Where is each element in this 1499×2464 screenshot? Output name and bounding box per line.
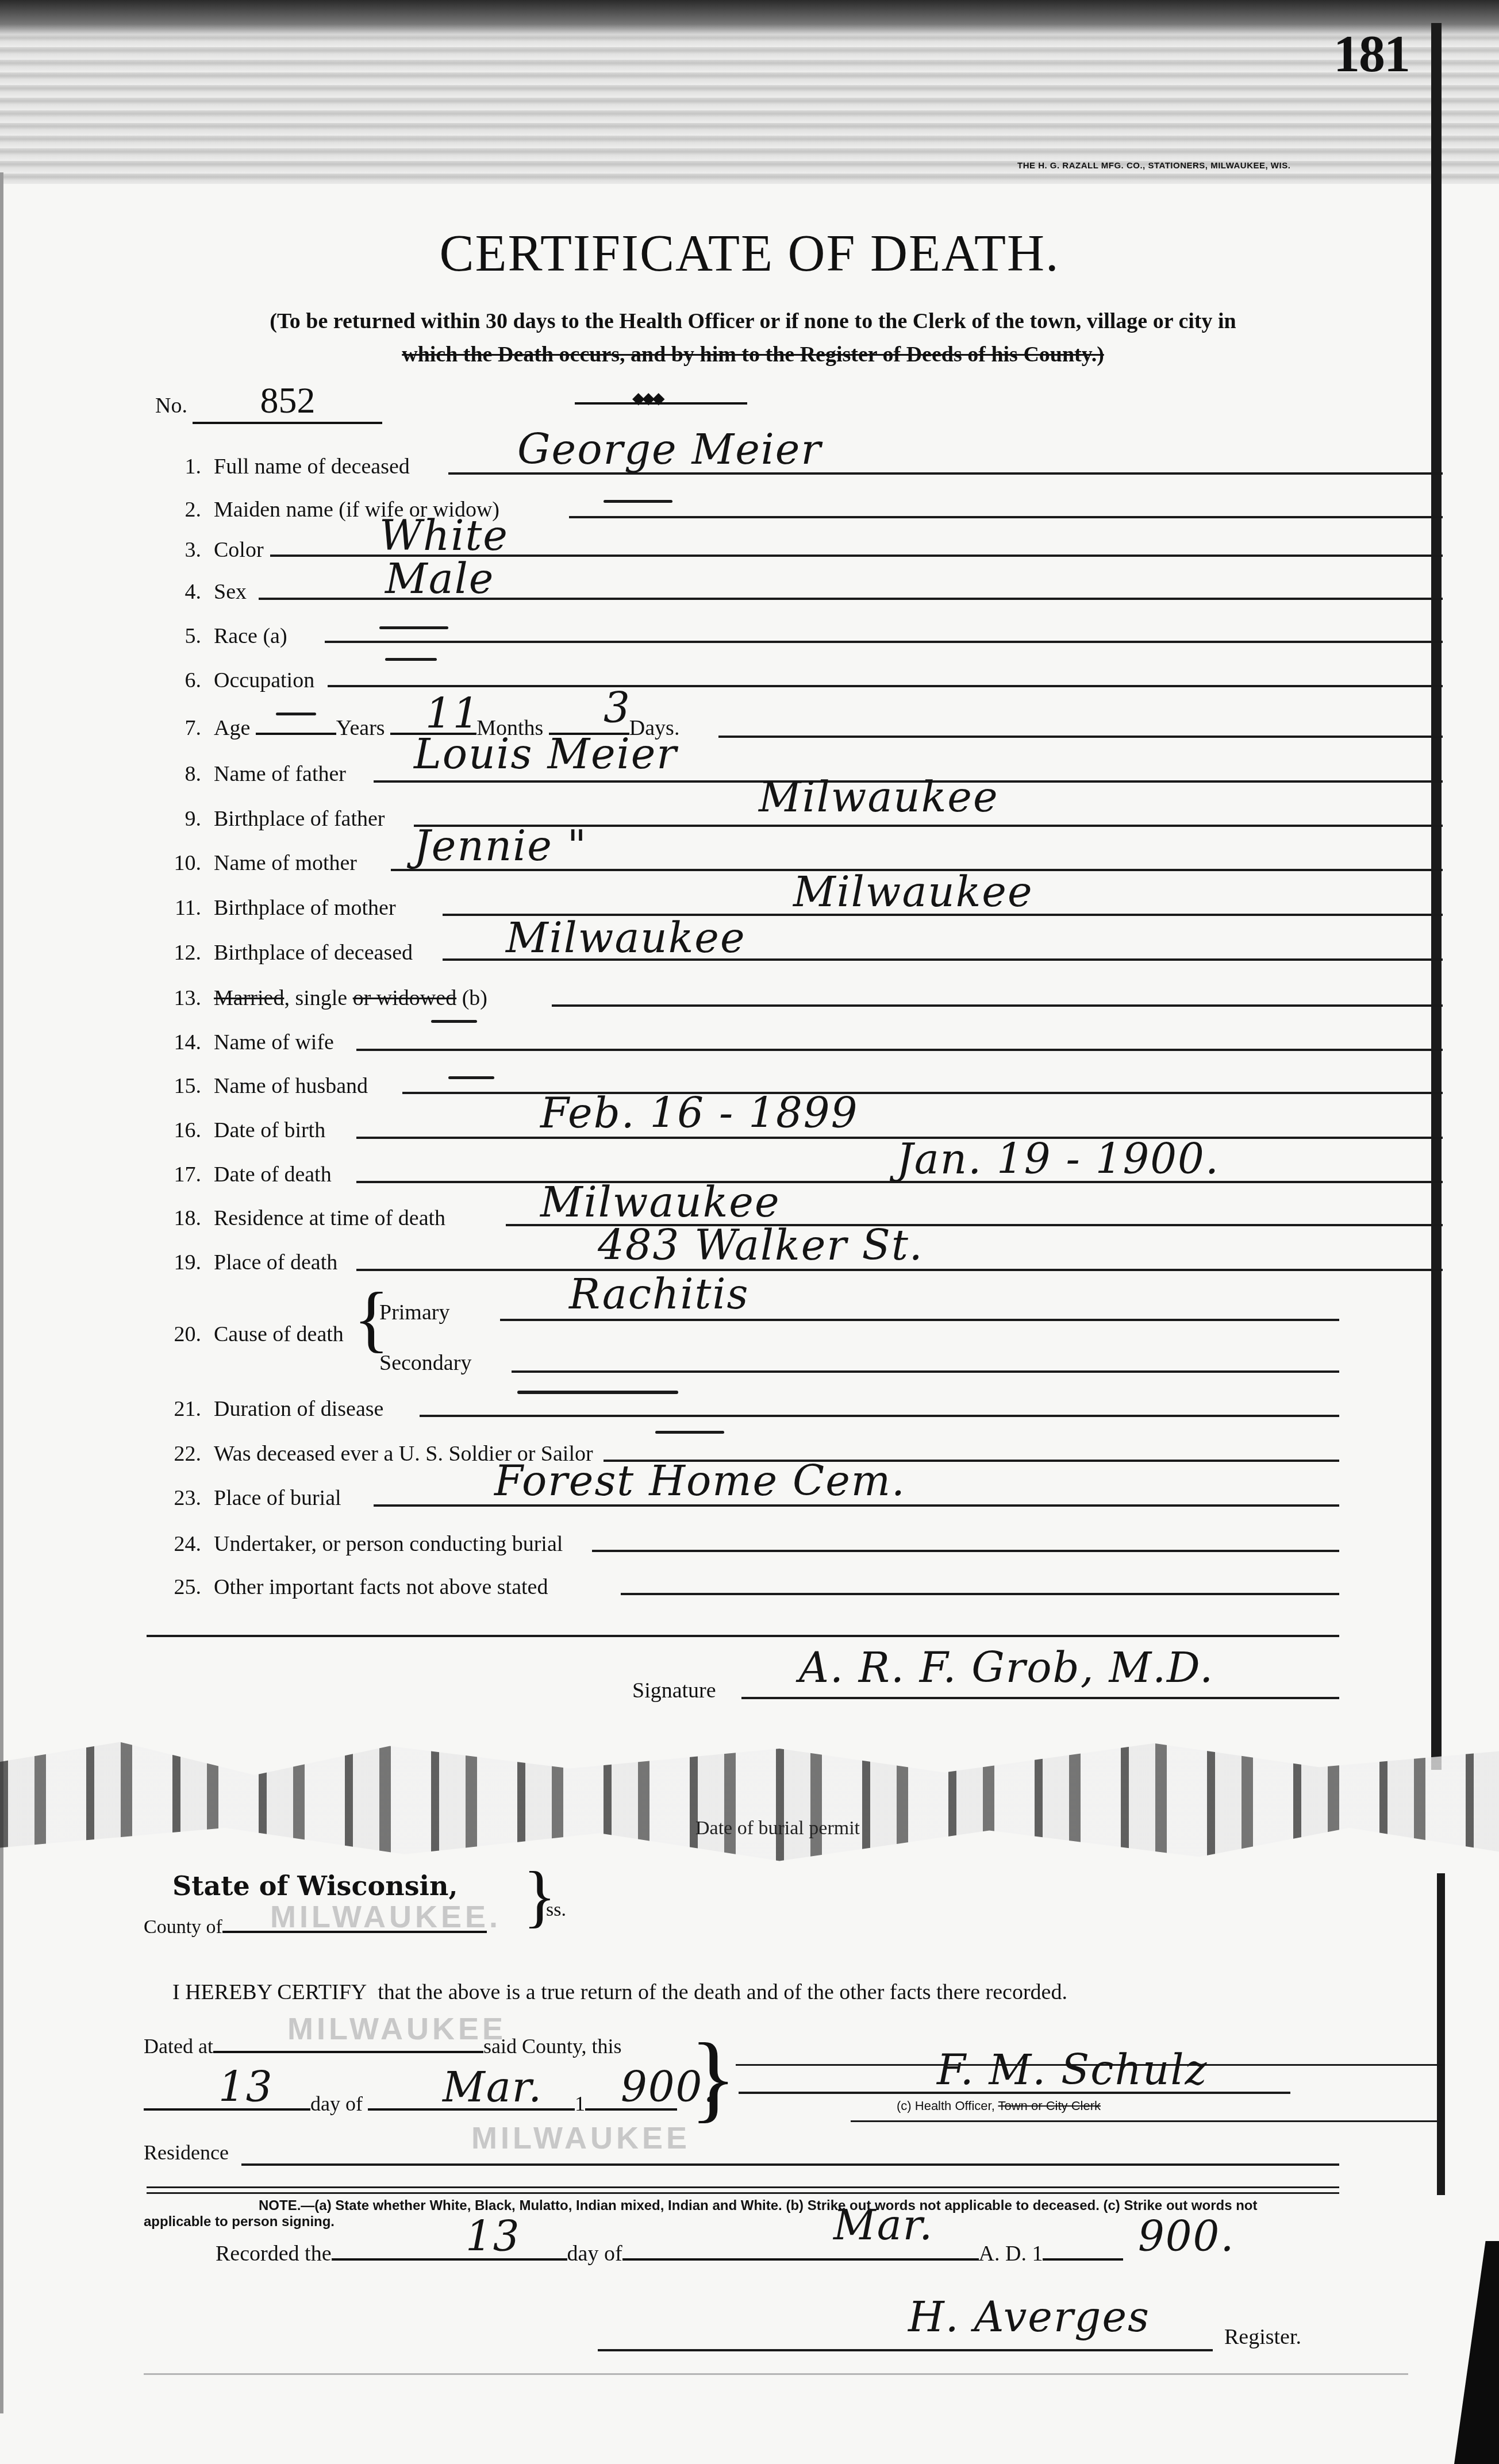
scan-top-edge [0,0,1499,34]
field-place-of-death: 19.Place of death [155,1250,337,1275]
register-label: Register. [1224,2324,1301,2350]
field-cause-of-death: 20.Cause of death [155,1322,344,1347]
field-other-facts: 25.Other important facts not above state… [155,1574,548,1600]
torn-damaged-region [0,1735,1499,1868]
recorded-day: 13 [466,2212,521,2261]
certificate-number: No. 852 [155,379,382,424]
blank-dash [379,626,448,629]
value-residence: Milwaukee [540,1178,781,1226]
field-color: 3.Color [155,537,264,563]
brace: } [690,2028,737,2126]
residence-stamp: MILWAUKEE [471,2120,690,2156]
certificate-number-value: 852 [193,379,382,424]
health-officer-label: (c) Health Officer, Town or City Clerk [897,2099,1101,2113]
value-sex: Male [385,555,494,603]
state-heading: State of Wisconsin, [172,1870,458,1901]
ornament-divider [575,402,747,405]
field-undertaker: 24.Undertaker, or person conducting buri… [155,1531,563,1557]
physician-signature: A. R. F. Grob, M.D. [799,1643,1214,1692]
health-officer-signature: F. M. Schulz [937,2046,1208,2094]
field-occupation: 6.Occupation [155,668,314,693]
printer-imprint: THE H. G. RAZALL MFG. CO., STATIONERS, M… [1017,161,1290,171]
register-signature: H. Averges [908,2293,1150,2341]
field-date-of-birth: 16.Date of birth [155,1118,325,1143]
recorded-month: Mar. [833,2201,933,2249]
field-duration-of-disease: 21.Duration of disease [155,1396,383,1422]
blank-dash [655,1431,724,1434]
field-race: 5.Race (a) [155,623,287,649]
value-date-of-birth: Feb. 16 - 1899 [540,1089,858,1137]
value-place-of-burial: Forest Home Cem. [494,1457,906,1505]
value-cause-primary: Rachitis [569,1270,749,1318]
blank-dash [517,1391,678,1394]
page-border-left [0,172,3,2413]
page-number: 181 [1333,23,1409,84]
blank-dash [385,658,437,661]
value-deceased-birthplace: Milwaukee [506,914,746,962]
certify-statement: I HEREBY CERTIFY that the above is a tru… [172,1980,1067,2005]
county-label: County of [144,1916,487,1938]
residence-label: Residence [144,2140,229,2165]
burial-permit-label: Date of burial permit [695,1818,860,1839]
physician-signature-label: Signature [632,1678,716,1703]
value-color: White [379,511,509,560]
blank-dash [276,713,316,715]
page-border-right [1431,23,1442,1770]
field-husband-name: 15.Name of husband [155,1073,368,1099]
field-mother-name: 10.Name of mother [155,850,357,876]
certification-day: 13 [218,2063,274,2111]
value-full-name: George Meier [517,425,822,473]
field-deceased-birthplace: 12.Birthplace of deceased [155,940,413,965]
recorded-row: Recorded theday ofA. D. 1 [216,2241,1123,2266]
field-father-name: 8.Name of father [155,761,346,787]
field-date-of-death: 17.Date of death [155,1162,332,1187]
field-full-name: 1.Full name of deceased [155,454,410,479]
page-border-right-lower [1437,1873,1445,2195]
field-cause-secondary: Secondary [379,1350,471,1376]
return-instructions: (To be returned within 30 days to the He… [155,305,1351,371]
field-marital-status: 13.Married, single or widowed (b) [155,985,487,1011]
blank-dash [604,500,672,503]
value-father-name: Louis Meier [414,730,678,778]
field-mother-birthplace: 11.Birthplace of mother [155,895,396,921]
document-title: CERTIFICATE OF DEATH. [0,224,1499,283]
certification-month: Mar. [443,2063,543,2111]
death-certificate-page: 181 THE H. G. RAZALL MFG. CO., STATIONER… [0,0,1499,2464]
value-mother-name: Jennie " [414,822,587,870]
recorded-year: 900. [1138,2212,1235,2261]
ss-label: ss. [546,1899,566,1921]
blank-dash [448,1076,494,1079]
field-sex: 4.Sex [155,579,247,605]
field-wife-name: 14.Name of wife [155,1030,334,1055]
value-place-of-death: 483 Walker St. [598,1221,924,1269]
field-father-birthplace: 9.Birthplace of father [155,806,385,831]
dated-at-row: Dated atsaid County, this [144,2034,622,2058]
value-mother-birthplace: Milwaukee [793,868,1033,916]
field-cause-primary: Primary [379,1300,449,1325]
blank-dash [431,1020,477,1023]
value-date-of-death: Jan. 19 - 1900. [897,1135,1220,1183]
field-residence: 18.Residence at time of death [155,1206,445,1231]
field-place-of-burial: 23.Place of burial [155,1485,341,1511]
value-age-days: 3 [604,684,631,732]
value-father-birthplace: Milwaukee [759,773,999,821]
scan-shadow-corner [1454,2241,1499,2464]
